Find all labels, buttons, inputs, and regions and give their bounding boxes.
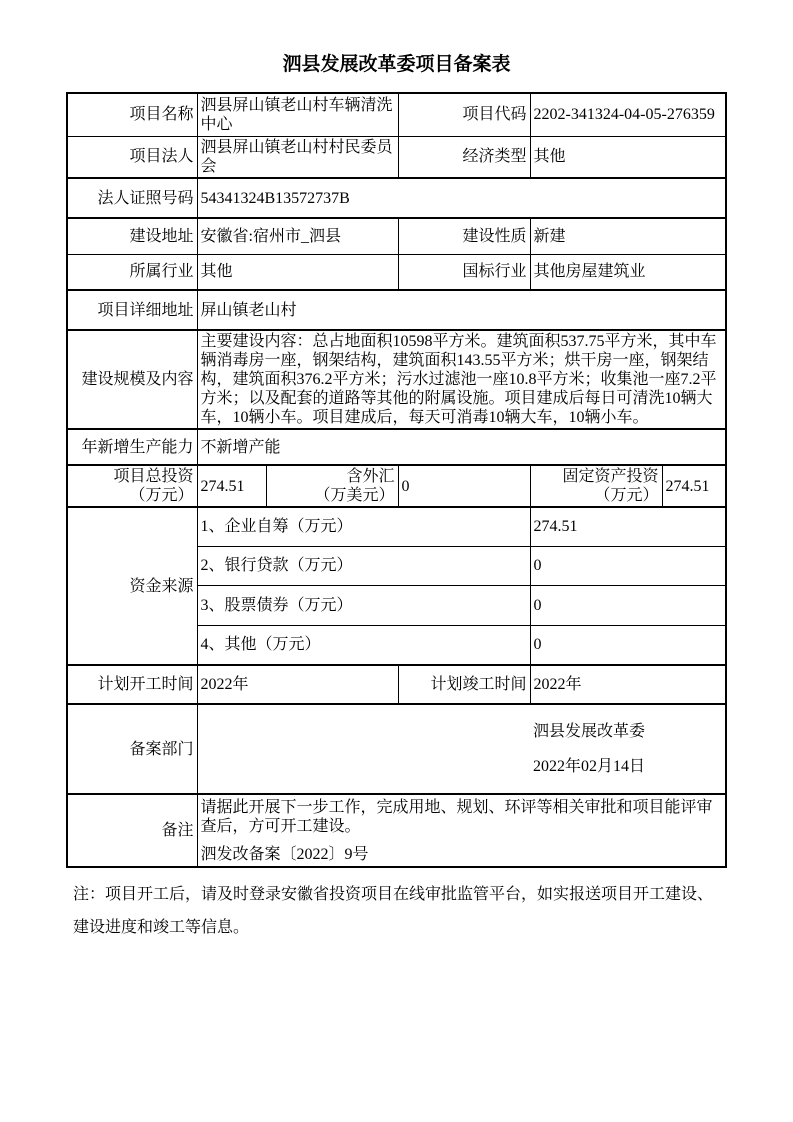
detailed-address-value: 屏山镇老山村 (197, 290, 726, 330)
page-title: 泗县发展改革委项目备案表 (66, 52, 727, 78)
filing-date: 2022年02月14日 (503, 757, 675, 776)
national-industry-label: 国标行业 (398, 254, 530, 290)
industry-value: 其他 (197, 254, 398, 290)
funding-item-3-value: 0 (530, 585, 726, 625)
funding-item-3-name: 3、股票债券（万元） (197, 585, 530, 625)
planned-completion-value: 2022年 (530, 665, 726, 704)
filing-department-name: 泗县发展改革委 (503, 722, 675, 741)
remarks-label: 备注 (67, 794, 197, 867)
funding-source-label: 资金来源 (67, 507, 197, 665)
project-name-label: 项目名称 (67, 93, 197, 136)
row-construction-address: 建设地址 安徽省:宿州市_泗县 建设性质 新建 (67, 218, 726, 254)
row-scale-content: 建设规模及内容 主要建设内容：总占地面积10598平方米。建筑面积537.75平… (67, 330, 726, 429)
new-capacity-label: 年新增生产能力 (67, 429, 197, 465)
scale-content-label: 建设规模及内容 (67, 330, 197, 429)
row-remarks: 备注 请据此开展下一步工作，完成用地、规划、环评等相关审批和项目能评审查后，方可… (67, 794, 726, 867)
legal-person-value: 泗县屏山镇老山村村民委员会 (197, 136, 398, 178)
row-filing-department: 备案部门 泗县发展改革委 2022年02月14日 (67, 704, 726, 794)
funding-item-1-name: 1、企业自筹（万元） (197, 507, 530, 546)
remarks-cell: 请据此开展下一步工作，完成用地、规划、环评等相关审批和项目能评审查后，方可开工建… (197, 794, 726, 867)
filing-department-signature: 泗县发展改革委 2022年02月14日 (503, 722, 675, 776)
project-code-value: 2202-341324-04-05-276359 (530, 93, 726, 136)
row-schedule: 计划开工时间 2022年 计划竣工时间 2022年 (67, 665, 726, 704)
fixed-assets-value: 274.51 (662, 465, 726, 507)
document-page: 泗县发展改革委项目备案表 项目名称 泗县屏山镇老山村车辆清洗中心 项目代码 22… (0, 0, 793, 1122)
funding-item-4-value: 0 (530, 625, 726, 665)
economic-type-value: 其他 (530, 136, 726, 178)
remarks-doc-number: 泗发改备案〔2022〕9号 (201, 845, 723, 864)
license-no-label: 法人证照号码 (67, 178, 197, 218)
license-no-value: 54341324B13572737B (197, 178, 726, 218)
funding-item-2-name: 2、银行贷款（万元） (197, 546, 530, 585)
row-investment: 项目总投资 （万元） 274.51 含外汇 （万美元） 0 固定资产投资 （万元… (67, 465, 726, 507)
row-legal-person: 项目法人 泗县屏山镇老山村村民委员会 经济类型 其他 (67, 136, 726, 178)
national-industry-value: 其他房屋建筑业 (530, 254, 726, 290)
foreign-exchange-value: 0 (398, 465, 530, 507)
scale-content-value: 主要建设内容：总占地面积10598平方米。建筑面积537.75平方米，其中车辆消… (197, 330, 726, 429)
project-code-label: 项目代码 (398, 93, 530, 136)
total-investment-value: 274.51 (197, 465, 266, 507)
construction-address-label: 建设地址 (67, 218, 197, 254)
construction-nature-value: 新建 (530, 218, 726, 254)
row-project-name: 项目名称 泗县屏山镇老山村车辆清洗中心 项目代码 2202-341324-04-… (67, 93, 726, 136)
footer-note: 注：项目开工后，请及时登录安徽省投资项目在线审批监管平台，如实报送项目开工建设、… (73, 879, 721, 945)
row-new-capacity: 年新增生产能力 不新增产能 (67, 429, 726, 465)
construction-nature-label: 建设性质 (398, 218, 530, 254)
remarks-text: 请据此开展下一步工作，完成用地、规划、环评等相关审批和项目能评审查后，方可开工建… (201, 798, 723, 836)
fixed-assets-label: 固定资产投资 （万元） (530, 465, 662, 507)
total-investment-label: 项目总投资 （万元） (67, 465, 197, 507)
industry-label: 所属行业 (67, 254, 197, 290)
planned-completion-label: 计划竣工时间 (398, 665, 530, 704)
row-industry: 所属行业 其他 国标行业 其他房屋建筑业 (67, 254, 726, 290)
legal-person-label: 项目法人 (67, 136, 197, 178)
project-name-value: 泗县屏山镇老山村车辆清洗中心 (197, 93, 398, 136)
new-capacity-value: 不新增产能 (197, 429, 726, 465)
foreign-exchange-label: 含外汇 （万美元） (266, 465, 398, 507)
row-funding-1: 资金来源 1、企业自筹（万元） 274.51 (67, 507, 726, 546)
funding-item-4-name: 4、其他（万元） (197, 625, 530, 665)
filing-form-table: 项目名称 泗县屏山镇老山村车辆清洗中心 项目代码 2202-341324-04-… (66, 92, 727, 868)
funding-item-2-value: 0 (530, 546, 726, 585)
planned-start-label: 计划开工时间 (67, 665, 197, 704)
planned-start-value: 2022年 (197, 665, 398, 704)
filing-department-label: 备案部门 (67, 704, 197, 794)
construction-address-value: 安徽省:宿州市_泗县 (197, 218, 398, 254)
economic-type-label: 经济类型 (398, 136, 530, 178)
filing-department-cell: 泗县发展改革委 2022年02月14日 (197, 704, 726, 794)
funding-item-1-value: 274.51 (530, 507, 726, 546)
detailed-address-label: 项目详细地址 (67, 290, 197, 330)
row-detailed-address: 项目详细地址 屏山镇老山村 (67, 290, 726, 330)
row-license-no: 法人证照号码 54341324B13572737B (67, 178, 726, 218)
